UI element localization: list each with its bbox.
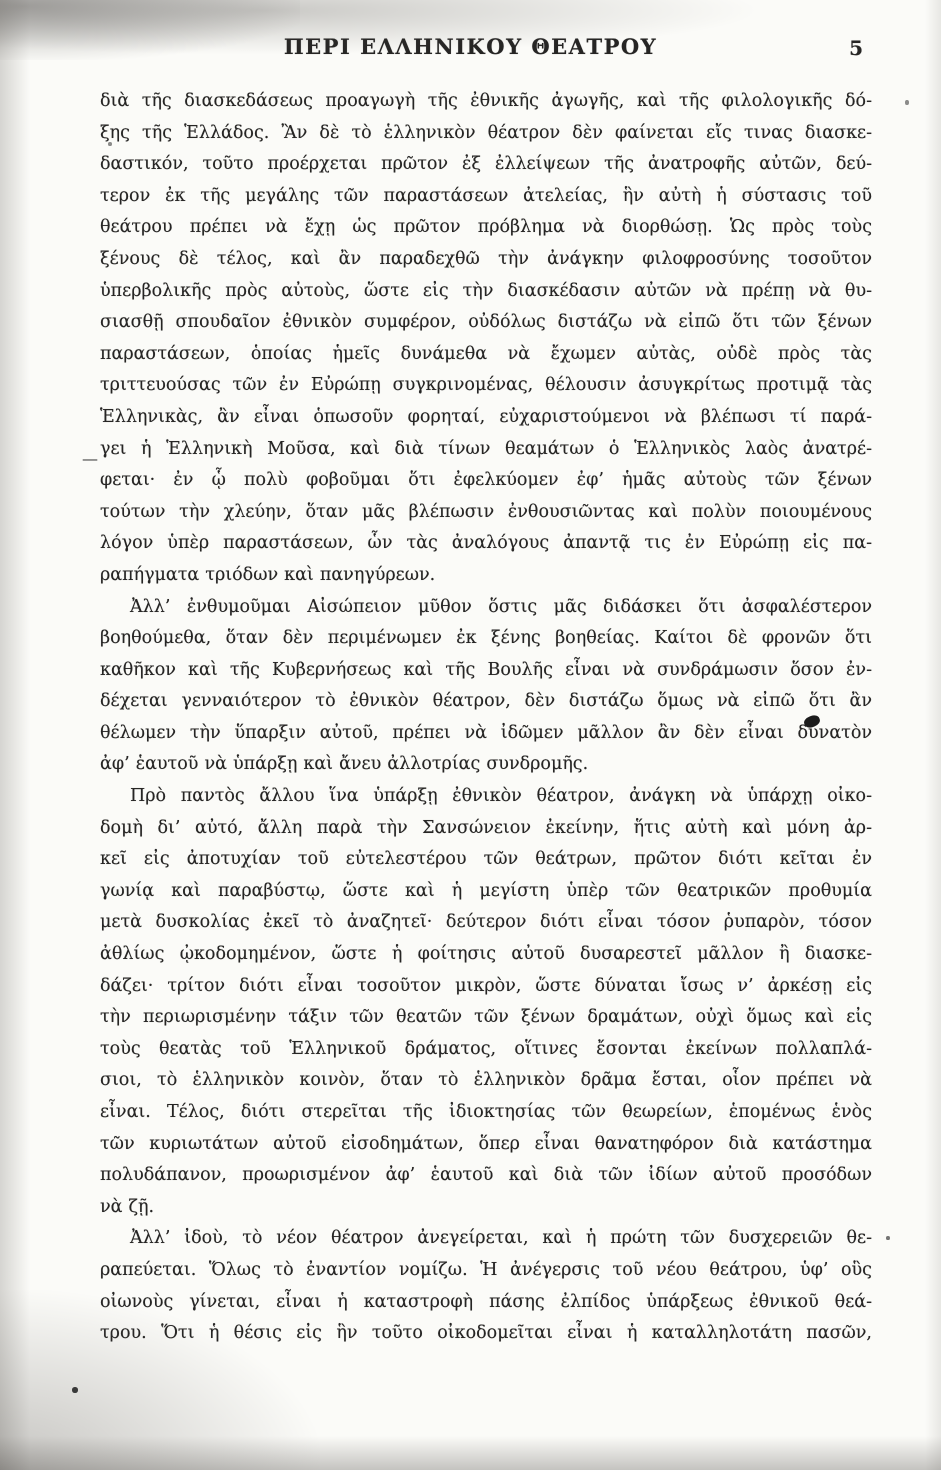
text-line: θέλωμεν τὴν ὕπαρξιν αὐτοῦ, πρέπει νὰ ἰδῶ…	[100, 718, 872, 750]
text-line: θεάτρου πρέπει νὰ ἔχῃ ὡς πρῶτον πρόβλημα…	[100, 212, 872, 244]
text-line: σιασθῇ σπουδαῖον ἐθνικὸν συμφέρον, οὐδόλ…	[100, 307, 872, 339]
text-line: μετὰ δυσκολίας ἐκεῖ τὸ ἀναζητεῖ· δεύτερο…	[100, 907, 872, 939]
running-title: ΠΕΡΙ ΕΛΛΗΝΙΚΟΥ ΘΕΑΤΡΟΥ	[0, 34, 941, 59]
text-line: Ἑλληνικὰς, ἂν εἶναι ὁπωσοῦν φορηταί, εὐχ…	[100, 402, 872, 434]
ink-speck	[72, 1387, 78, 1393]
page-number: 5	[849, 36, 863, 60]
page-header: ΠΕΡΙ ΕΛΛΗΝΙΚΟΥ ΘΕΑΤΡΟΥ 5	[0, 34, 941, 68]
text-line: τοὺς θεατὰς τοῦ Ἑλληνικοῦ δράματος, οἵτι…	[100, 1034, 872, 1066]
text-line: τὴν περιωρισμένην τάξιν τῶν θεατῶν τῶν ξ…	[100, 1002, 872, 1034]
text-line: ἀφ’ ἑαυτοῦ νὰ ὑπάρξῃ καὶ ἄνευ ἀλλοτρίας …	[100, 749, 872, 781]
text-line: τῶν κυριωτάτων αὐτοῦ εἰσοδημάτων, ὅπερ ε…	[100, 1129, 872, 1161]
text-line: ὑπερβολικῆς πρὸς αὐτοὺς, ὥστε εἰς τὴν δι…	[100, 276, 872, 308]
text-line: ραπεύεται. Ὅλως τὸ ἐναντίον νομίζω. Ἡ ἀν…	[100, 1255, 872, 1287]
text-block: διὰ τῆς διασκεδάσεως προαγωγὴ τῆς ἐθνικῆ…	[100, 86, 872, 1350]
text-line: λόγον ὑπὲρ παραστάσεων, ὧν τὰς ἀναλόγους…	[100, 528, 872, 560]
ink-speck	[905, 100, 909, 105]
text-line: φεται· ἐν ᾧ πολὺ φοβοῦμαι ὅτι ἐφελκύομεν…	[100, 465, 872, 497]
text-line: εἶναι. Τέλος, διότι στερεῖται τῆς ἰδιοκτ…	[100, 1097, 872, 1129]
text-line: ραπήγματα τριόδων καὶ πανηγύρεων.	[100, 560, 872, 592]
scan-smudge-left-edge	[0, 0, 30, 1470]
text-line: κεῖ εἰς ἀποτυχίαν τοῦ εὐτελεστέρου τῶν θ…	[100, 844, 872, 876]
text-line: νὰ ζῇ.	[100, 1192, 872, 1224]
text-line: δομὴ δι’ αὐτό, ἄλλη παρὰ τὴν Σανσώνειον …	[100, 813, 872, 845]
text-line: Ἀλλ’ ἰδοὺ, τὸ νέον θέατρον ἀνεγείρεται, …	[100, 1223, 872, 1255]
text-line: Ἀλλ’ ἐνθυμοῦμαι Αἰσώπειον μῦθον ὅστις μᾶ…	[100, 592, 872, 624]
text-line: τερον ἐκ τῆς μεγάλης τῶν παραστάσεων ἀτε…	[100, 181, 872, 213]
text-line: καθῆκον καὶ τῆς Κυβερνήσεως καὶ τῆς Βουλ…	[100, 655, 872, 687]
text-line: βοηθούμεθα, ὅταν δὲν περιμένωμεν ἐκ ξένη…	[100, 623, 872, 655]
text-line: γωνίᾳ καὶ παραβύστῳ, ὥστε καὶ ἡ μεγίστη …	[100, 876, 872, 908]
scan-smudge-bottom	[0, 1436, 941, 1470]
text-line: δέχεται γενναιότερον τὸ ἐθνικὸν θέατρον,…	[100, 686, 872, 718]
ink-speck	[886, 1236, 890, 1240]
text-line: τούτων τὴν χλεύην, ὅταν μᾶς βλέπωσιν ἐνθ…	[100, 497, 872, 529]
text-line: τρου. Ὅτι ἡ θέσις εἰς ἣν τοῦτο οἰκοδομεῖ…	[100, 1318, 872, 1350]
margin-dash-mark: —	[82, 443, 100, 474]
text-line: δάζει· τρίτον διότι εἶναι τοσοῦτον μικρὸ…	[100, 971, 872, 1003]
text-line: ξης τῆς Ἑλλάδος. Ἂν δὲ τὸ ἑλληνικὸν θέατ…	[100, 118, 872, 150]
text-line: δαστικόν, τοῦτο προέρχεται πρῶτον ἐξ ἐλλ…	[100, 149, 872, 181]
text-line: τριττευούσας τῶν ἐν Εὐρώπῃ συγκρινομένας…	[100, 370, 872, 402]
text-line: Πρὸ παντὸς ἄλλου ἵνα ὑπάρξῃ ἐθνικὸν θέατ…	[100, 781, 872, 813]
scan-smudge-right-edge	[925, 0, 941, 1470]
text-line: διὰ τῆς διασκεδάσεως προαγωγὴ τῆς ἐθνικῆ…	[100, 86, 872, 118]
text-line: γει ἡ Ἑλληνικὴ Μοῦσα, καὶ διὰ τίνων θεαμ…	[100, 434, 872, 466]
text-line: σιοι, τὸ ἑλληνικὸν κοινὸν, ὅταν τὸ ἑλλην…	[100, 1065, 872, 1097]
text-line: ἀθλίως ᾠκοδομημένον, ὥστε ἡ φοίτησις αὐτ…	[100, 939, 872, 971]
book-page: ΠΕΡΙ ΕΛΛΗΝΙΚΟΥ ΘΕΑΤΡΟΥ 5 διὰ τῆς διασκεδ…	[0, 0, 941, 1470]
text-line: οἰωνοὺς γίνεται, εἶναι ἡ καταστροφὴ πάση…	[100, 1287, 872, 1319]
text-line: ξένους δὲ τέλος, καὶ ἂν παραδεχθῶ τὴν ἀν…	[100, 244, 872, 276]
text-line: πολυδάπανον, προωρισμένον ἀφ’ ἑαυτοῦ καὶ…	[100, 1160, 872, 1192]
text-line: παραστάσεων, ὁποίας ἡμεῖς δυνάμεθα νὰ ἔχ…	[100, 339, 872, 371]
